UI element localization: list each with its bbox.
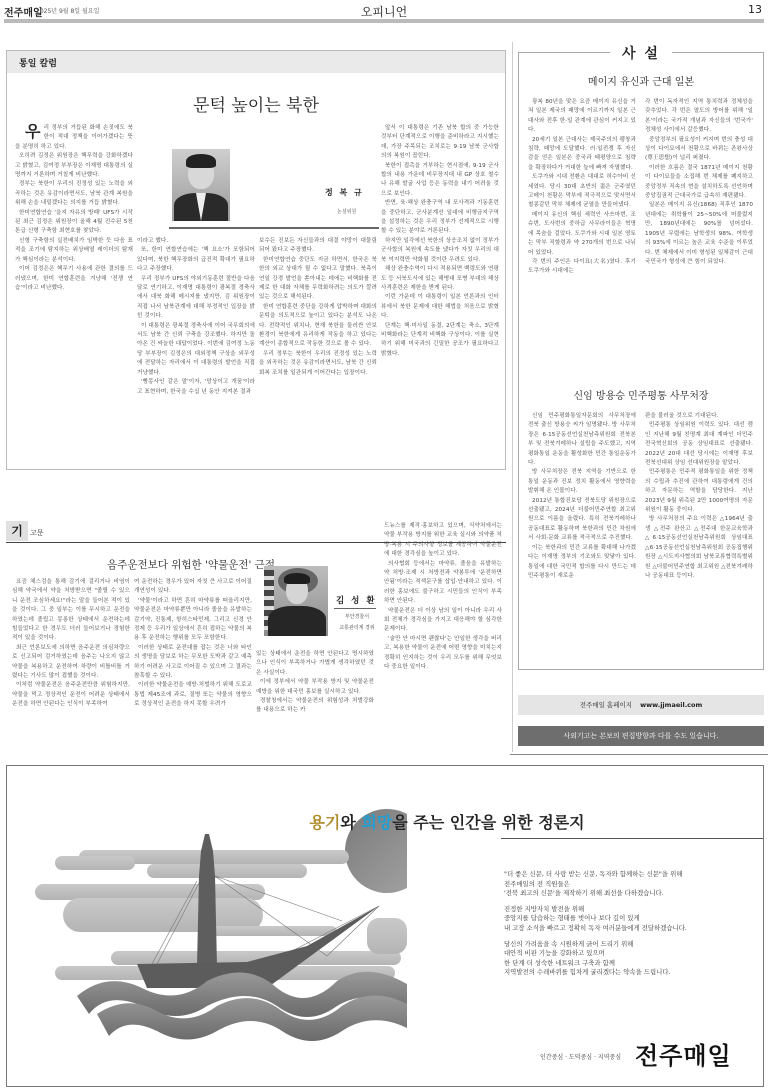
editorial-column-2: 각 번이 독자적인 지역 통치력과 정체성을 갖추었다. 각 번은 열도의 방어… [645, 98, 753, 267]
ad-motto: 인간중심 · 도덕중심 · 지역중심 [540, 1052, 621, 1061]
section-title: 오피니언 [0, 3, 768, 20]
article-column-4: 앞서 이 대통령은 기존 남북 합의 중 가능한 것부터 단계적으로 이행을 준… [381, 124, 499, 359]
column-tab: 통일 칼럼 [7, 51, 505, 73]
contribution-disclaimer: 사외기고는 본보의 편집방향과 다를 수도 있습니다. [518, 726, 764, 746]
homepage-label: 전주매일 홈페이지 [580, 701, 632, 709]
page-number: 13 [748, 3, 762, 16]
editorial-column-1: 광복 80년을 맞은 요즘 메이지 유신을 거쳐 일본 제국의 패망에 이르기까… [528, 98, 636, 277]
paper-logo: 전주매일 [635, 1036, 732, 1071]
masthead: 전주매일 2025년 9월 8일 월요일 오피니언 13 [0, 0, 768, 22]
contribution-label-rest: 고문 [30, 528, 44, 538]
contribution-column-2: 여 운전하는 경우가 있어 자칫 큰 사고로 이어질 개연성이 있다. '약물'… [134, 578, 252, 710]
newspaper-ad: 용기와 희망을 주는 인간을 위한 정론지 "더 좋은 신문, 더 사랑 받는 … [6, 765, 764, 1087]
contributor-role: 교통관리계 경위 [334, 624, 380, 631]
column-tab-label: 통일 칼럼 [19, 56, 57, 69]
news-title: 신임 방용승 민주평통 사무처장 [518, 387, 764, 402]
homepage-url[interactable]: www.jjmaeil.com [640, 701, 702, 709]
drop-cap: 우 [25, 125, 41, 139]
contribution-label-big: 기 [6, 521, 28, 541]
contributor-org: 부안경찰서 [334, 613, 380, 620]
ad-body: "더 좋은 신문, 더 사랑 받는 신문, 독자와 함께하는 신문"을 위해 전… [504, 870, 764, 984]
article-column-1: 우 리 정부의 거듭된 화해 손짓에도 북한이 적대 정책을 이어가겠다는 뜻을… [15, 124, 133, 293]
contributor-photo [264, 566, 328, 636]
contributor-name: 김 성 환 [336, 594, 377, 606]
news-column-1: 신임 민주평화통일자문회의 사무처장에 전북 출신 방용승 씨가 임명됐다. 방… [528, 412, 636, 581]
contribution-column-4: 드뉴스를 제작·홍보하고 있으며, 식약처에서는 약물 부작용 방지를 위한 교… [384, 522, 502, 673]
masthead-rule [4, 19, 764, 23]
contribution-column-3: 있는 상태에서 운전을 하면 안된다고 명시하였으나 인식이 부족하거나 가볍게… [256, 650, 374, 716]
unification-column: 통일 칼럼 문턱 높이는 북한 정 복 규 논설위원 우 리 정부의 거듭된 화… [6, 50, 506, 470]
ad-slogan: 용기와 희망을 주는 인간을 위한 정론지 [127, 810, 764, 833]
author-photo [172, 149, 230, 221]
editorial-title: 메이지 유신과 근대 일본 [518, 73, 764, 88]
contributor-divider [334, 608, 376, 609]
slogan-divider [501, 838, 764, 839]
column-divider [512, 42, 513, 752]
editorial-label: 사 설 [518, 43, 764, 63]
article-column-2: 이라고 했다. 또, 한미 연합연습에는 '핵 요소'가 포함되어 있다며, 북… [137, 237, 255, 397]
author-role: 논설위원 [337, 208, 356, 215]
homepage-banner[interactable]: 전주매일 홈페이지 www.jjmaeil.com [518, 695, 764, 715]
author-name: 정 복 규 [325, 187, 364, 198]
article-title: 문턱 높이는 북한 [7, 91, 505, 116]
article-column-3: 보수든 진보든 자신들과의 대결 야망이 대물림 되어 왔다고 주장했다. 한미… [259, 237, 377, 378]
news-column-2: 판을 불러올 것으로 기대된다. 민주평통 상임위원 이력도 있다. 대선 캠인… [645, 412, 753, 581]
contribution-column-1: 요즘 체스검을 통해 감기에 걸리거나 비염이 심해 약국에서 약을 처방받으면… [12, 578, 130, 710]
byline-divider [169, 227, 379, 229]
section-rule [510, 754, 768, 755]
